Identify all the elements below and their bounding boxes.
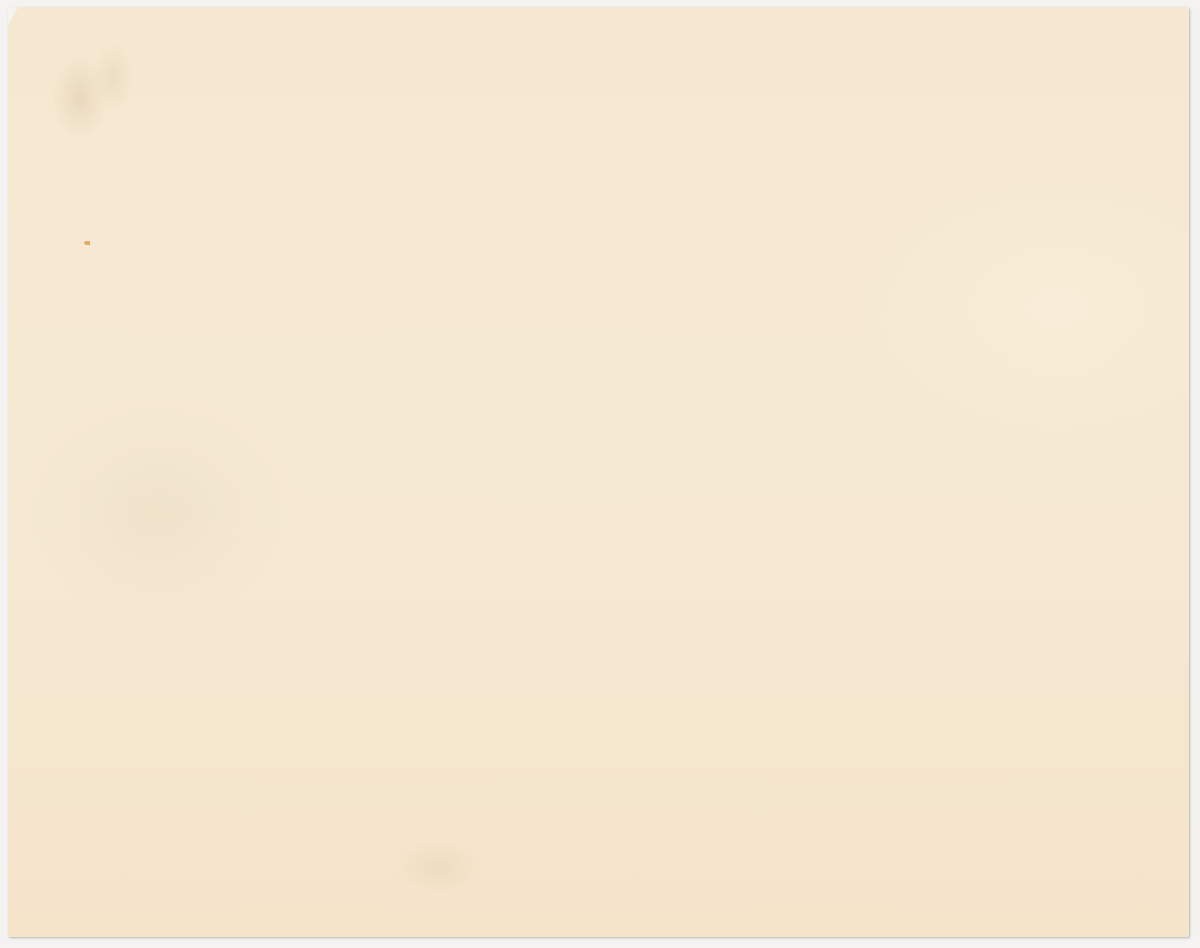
blank-paper-sheet xyxy=(8,7,1189,937)
orange-speck xyxy=(84,241,90,245)
worn-corner xyxy=(8,7,18,25)
